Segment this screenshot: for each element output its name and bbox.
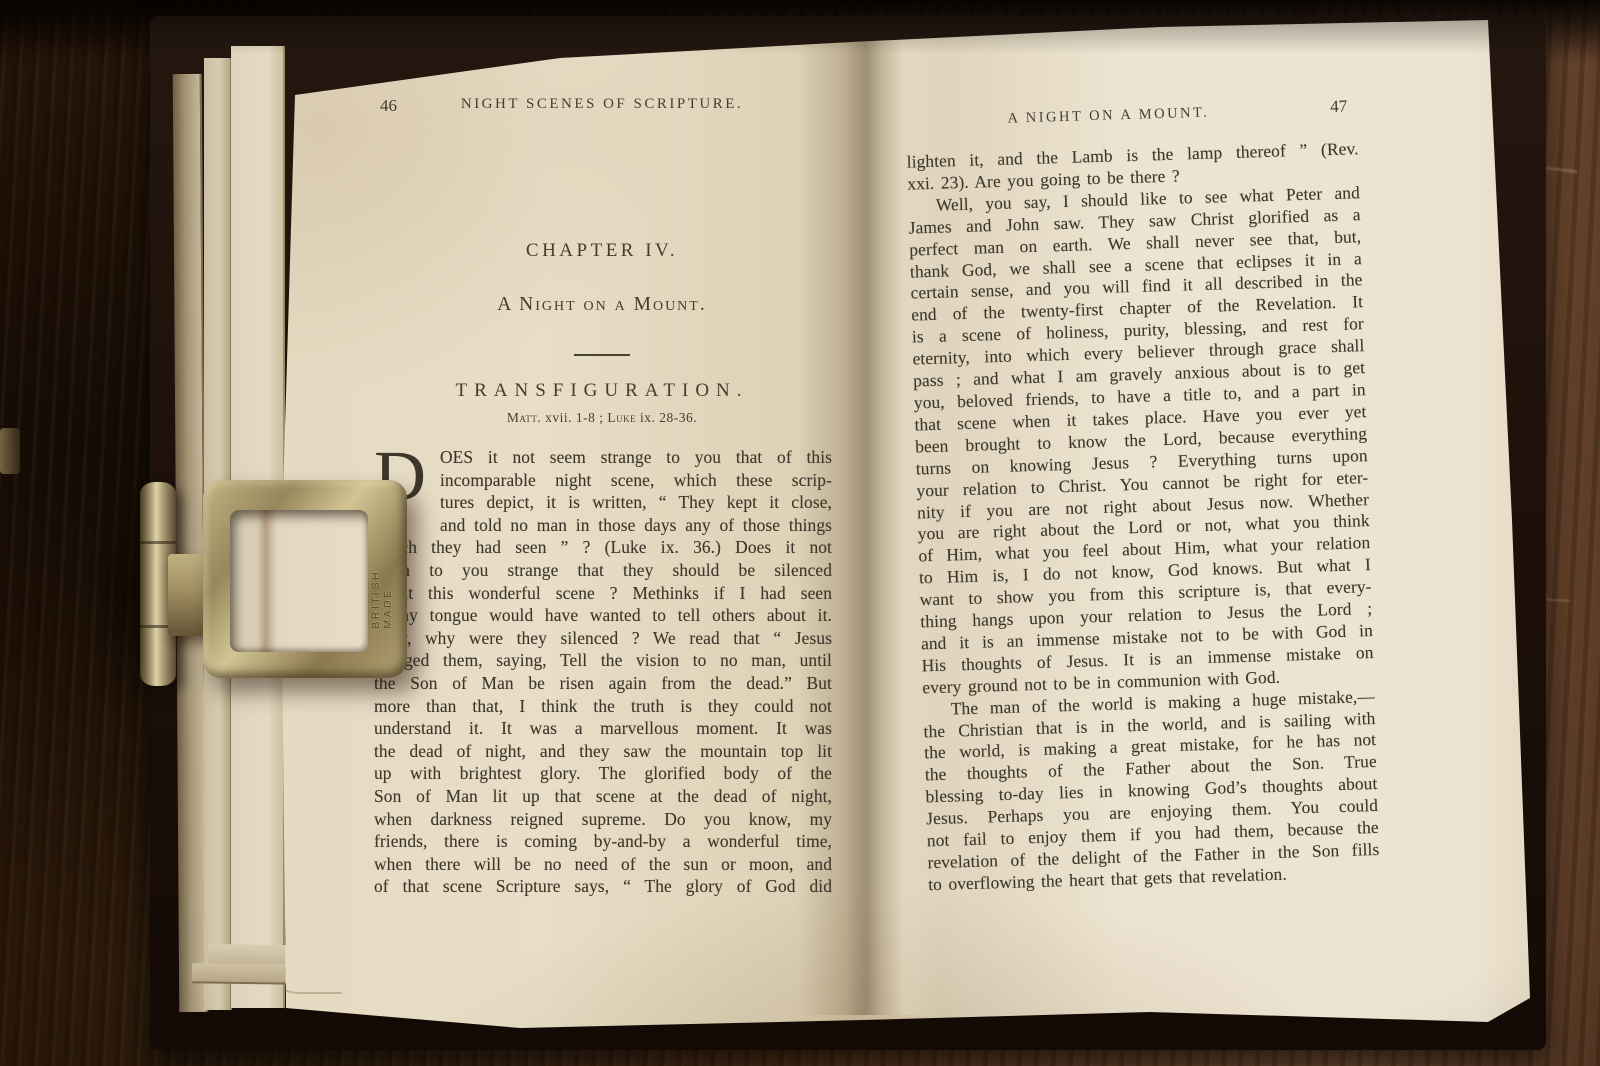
body-line: charged them, saying, Tell the vision to… (374, 649, 832, 672)
chapter-heading: CHAPTER IV. (366, 240, 838, 262)
body-line: friends, there is coming by-and-by a won… (374, 830, 832, 853)
clasp-buckle: BRITISH MADE (203, 480, 407, 678)
scripture-ref-part: Matt. (507, 410, 541, 425)
body-line: the dead of night, and they saw the moun… (374, 740, 832, 763)
scripture-ref-part: xvii. 1-8 ; (541, 410, 607, 425)
scripture-ref-part: Luke (607, 410, 636, 425)
section-heading: TRANSFIGURATION. (366, 380, 838, 402)
body-line: up with brightest glory. The glorified b… (374, 762, 832, 785)
body-line: which they had seen ” ? (Luke ix. 36.) D… (374, 536, 832, 559)
scripture-reference: Matt. xvii. 1-8 ; Luke ix. 28-36. (366, 410, 838, 426)
body-line: Son of Man lit up that scene at the dead… (374, 785, 832, 808)
left-page: 46 NIGHT SCENES OF SCRIPTURE. CHAPTER IV… (366, 88, 838, 918)
section-divider (574, 354, 630, 356)
body-line: tures depict, it is written, “ They kept… (374, 491, 832, 514)
running-head-left: NIGHT SCENES OF SCRIPTURE. (366, 96, 838, 113)
body-line: it my tongue would have wanted to tell o… (374, 604, 832, 627)
body-line: of that scene Scripture says, “ The glor… (374, 875, 832, 898)
body-line: more than that, I think the truth is the… (374, 695, 832, 718)
chapter-title: A Night on a Mount. (366, 294, 838, 316)
body-line: when there will be no need of the sun or… (374, 853, 832, 876)
body-line: OES it not seem strange to you that of t… (374, 446, 832, 469)
body-text-right: lighten it, and the Lamb is the lamp the… (906, 138, 1380, 896)
body-line: the Son of Man be risen again from the d… (374, 672, 832, 695)
body-line: understand it. It was a marvellous momen… (374, 717, 832, 740)
body-line: Now, why were they silenced ? We read th… (374, 627, 832, 650)
photo-of-open-book: 46 NIGHT SCENES OF SCRIPTURE. CHAPTER IV… (0, 0, 1600, 1066)
right-page: 47 A NIGHT ON A MOUNT. lighten it, and t… (893, 90, 1389, 904)
body-line: seem to you strange that they should be … (374, 559, 832, 582)
scripture-ref-part: ix. 28-36. (636, 410, 697, 425)
clasp-buckle-opening (230, 510, 368, 652)
body-text-left: D OES it not seem strange to you that of… (374, 446, 832, 898)
brass-clasp: BRITISH MADE (136, 470, 412, 700)
clasp-engraving: BRITISH MADE (370, 530, 394, 629)
body-line: when darkness reigned supreme. Do you kn… (374, 808, 832, 831)
body-line: incomparable night scene, which these sc… (374, 469, 832, 492)
clasp-far-fragment (0, 428, 20, 474)
body-line: and told no man in those days any of tho… (374, 514, 832, 537)
body-line: about this wonderful scene ? Methinks if… (374, 582, 832, 605)
running-head-right: A NIGHT ON A MOUNT. (893, 100, 1365, 131)
